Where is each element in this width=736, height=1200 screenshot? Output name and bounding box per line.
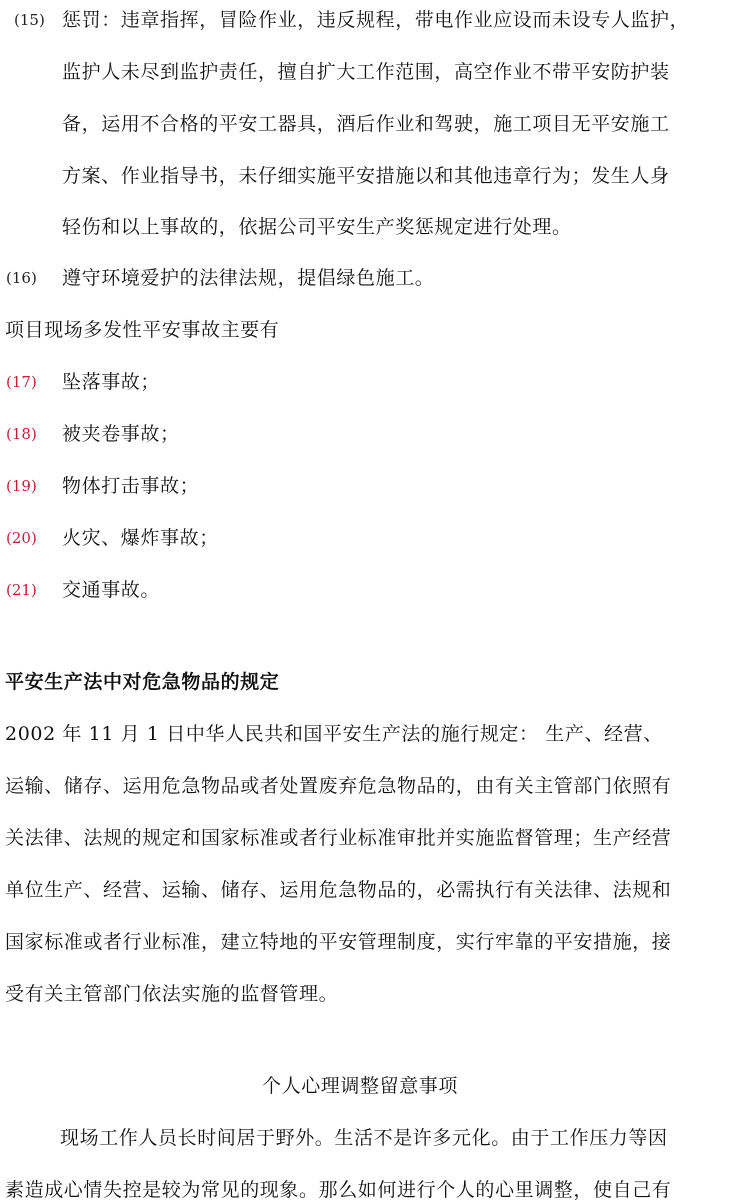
paragraph-line: 素造成心情失控是较为常见的现象。那么如何进行个人的心里调整，使自己有 — [5, 1177, 671, 1200]
list-item-text: 物体打击事故； — [62, 473, 199, 499]
item-number: (15) — [14, 7, 45, 33]
paragraph-line: 备，运用不合格的平安工器具，酒后作业和驾驶，施工项目无平安施工 — [62, 111, 670, 137]
item-number: (20) — [6, 525, 37, 551]
accidents-intro: 项目现场多发性平安事故主要有 — [5, 317, 279, 343]
paragraph-line: 轻伤和以上事故的，依据公司平安生产奖惩规定进行处理。 — [62, 214, 572, 240]
list-item-text: 交通事故。 — [62, 577, 160, 603]
paragraph-line: 关法律、法规的规定和国家标准或者行业标准审批并实施监督管理；生产经营 — [5, 825, 671, 851]
list-item-text: 被夹卷事故； — [62, 421, 180, 447]
paragraph-line: 运输、储存、运用危急物品或者处置废弃危急物品的，由有关主管部门依照有 — [5, 773, 671, 799]
paragraph-line: 2002 年 11 月 1 日中华人民共和国平安生产法的施行规定： 生产、经营、 — [5, 721, 663, 747]
item-number: (17) — [6, 369, 37, 395]
item-number: (18) — [6, 421, 37, 447]
item-number: (19) — [6, 473, 37, 499]
section-heading: 平安生产法中对危急物品的规定 — [5, 669, 279, 695]
paragraph-line: 惩罚：违章指挥，冒险作业，违反规程，带电作业应设而未设专人监护， — [62, 7, 689, 33]
list-item-text: 火灾、爆炸事故； — [62, 525, 219, 551]
paragraph-line: 受有关主管部门依法实施的监督管理。 — [5, 981, 338, 1007]
item-number: (21) — [6, 577, 37, 603]
item-number: (16) — [6, 265, 37, 291]
section-heading: 个人心理调整留意事项 — [262, 1073, 458, 1099]
paragraph-line: 监护人未尽到监护责任，擅自扩大工作范围，高空作业不带平安防护装 — [62, 59, 670, 85]
paragraph-line: 单位生产、经营、运输、储存、运用危急物品的，必需执行有关法律、法规和 — [5, 877, 671, 903]
paragraph-line: 方案、作业指导书，未仔细实施平安措施以和其他违章行为；发生人身 — [62, 163, 670, 189]
list-item-text: 坠落事故； — [62, 369, 160, 395]
paragraph-line: 国家标准或者行业标准，建立特地的平安管理制度，实行牢靠的平安措施，接 — [5, 929, 671, 955]
list-item-text: 遵守环境爱护的法律法规，提倡绿色施工。 — [62, 265, 434, 291]
paragraph-line: 现场工作人员长时间居于野外。生活不是许多元化。由于工作压力等因 — [60, 1125, 668, 1151]
